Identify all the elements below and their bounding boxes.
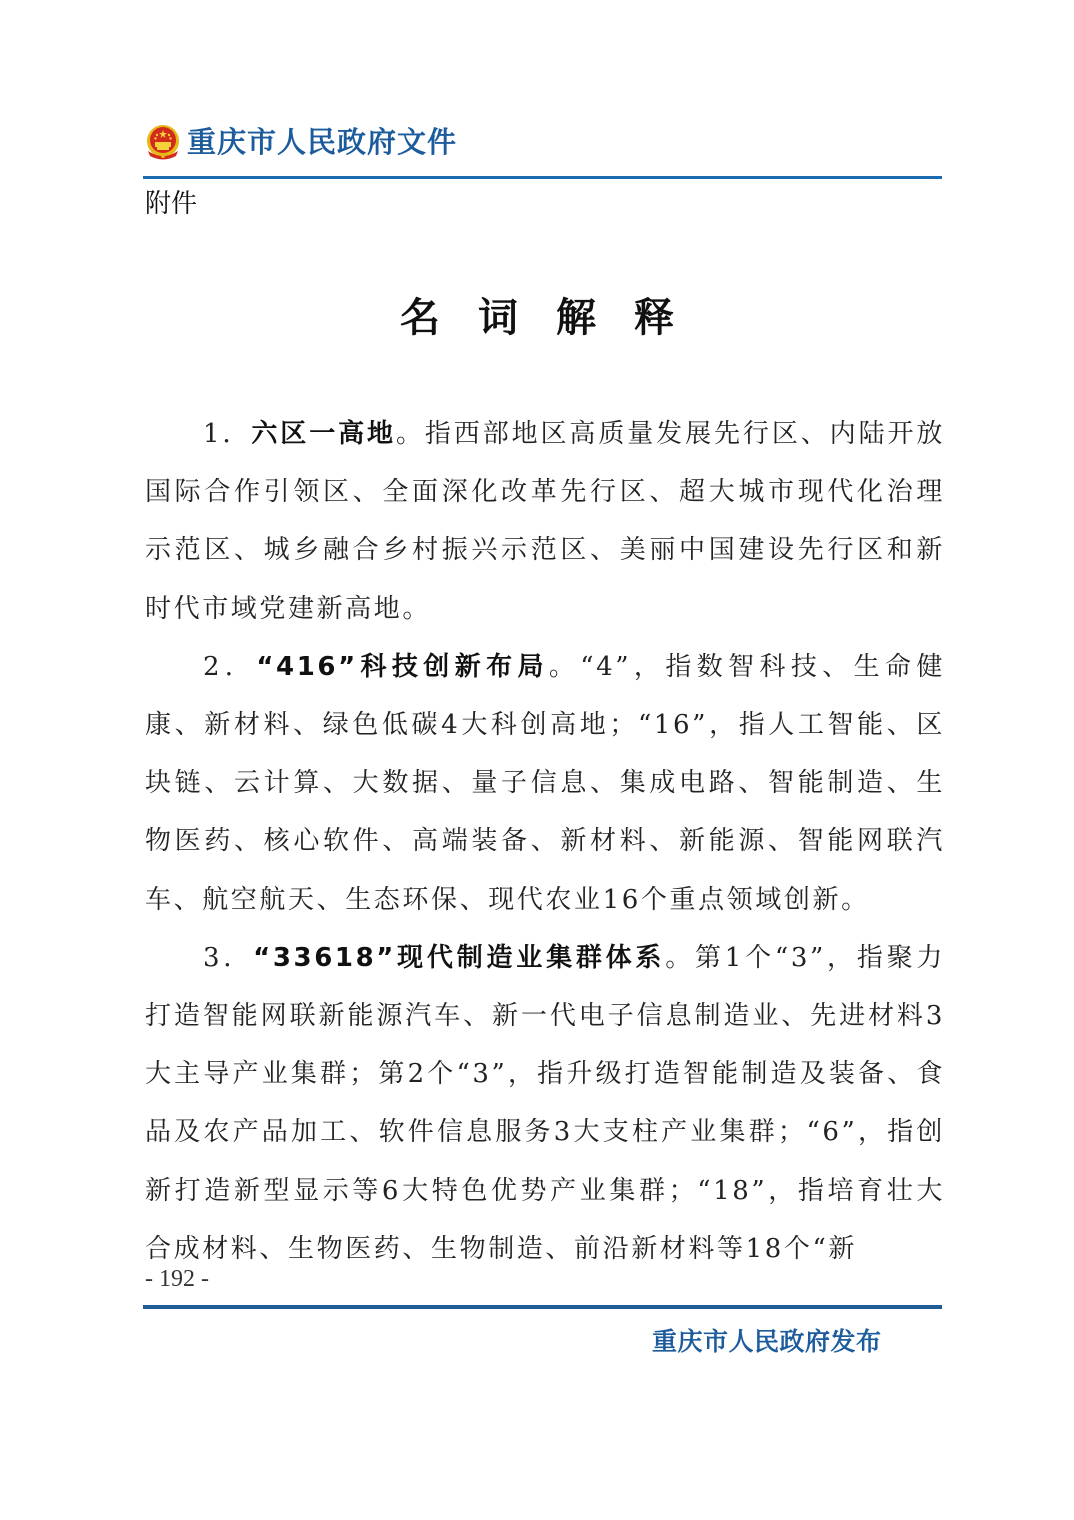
document-title: 名词解释 — [0, 293, 1074, 343]
document-page: 重庆市人民政府文件 附件 名词解释 1．六区一高地。指西部地区高质量发展先行区、… — [0, 0, 1074, 1520]
entry-paragraph: 2．“416”科技创新布局。“4”，指数智科技、生命健康、新材料、绿色低碳4大科… — [145, 638, 945, 929]
entry-number: 1． — [203, 419, 251, 449]
entry-term: “416”科技创新布局 — [256, 652, 549, 682]
footer-divider — [143, 1305, 942, 1309]
national-emblem-icon — [143, 123, 183, 163]
entry-text: 。第1个“3”，指聚力打造智能网联新能源汽车、新一代电子信息制造业、先进材料3大… — [145, 943, 945, 1264]
entry-term: 六区一高地 — [251, 419, 396, 449]
header-divider — [143, 176, 942, 179]
document-body: 1．六区一高地。指西部地区高质量发展先行区、内陆开放国际合作引领区、全面深化改革… — [145, 405, 945, 1278]
entry-text: 。“4”，指数智科技、生命健康、新材料、绿色低碳4大科创高地；“16”，指人工智… — [145, 652, 945, 915]
entry-number: 3． — [203, 943, 253, 973]
entry-paragraph: 3．“33618”现代制造业集群体系。第1个“3”，指聚力打造智能网联新能源汽车… — [145, 929, 945, 1278]
entry-number: 2． — [203, 652, 256, 682]
page-number: - 192 - — [145, 1264, 209, 1294]
entry-paragraph: 1．六区一高地。指西部地区高质量发展先行区、内陆开放国际合作引领区、全面深化改革… — [145, 405, 945, 638]
header-title: 重庆市人民政府文件 — [187, 123, 457, 163]
entry-text: 。指西部地区高质量发展先行区、内陆开放国际合作引领区、全面深化改革先行区、超大城… — [145, 419, 945, 624]
entry-term: “33618”现代制造业集群体系 — [253, 943, 665, 973]
attachment-label: 附件 — [145, 186, 197, 220]
document-header: 重庆市人民政府文件 — [143, 118, 457, 168]
publisher-footer: 重庆市人民政府发布 — [652, 1326, 882, 1360]
